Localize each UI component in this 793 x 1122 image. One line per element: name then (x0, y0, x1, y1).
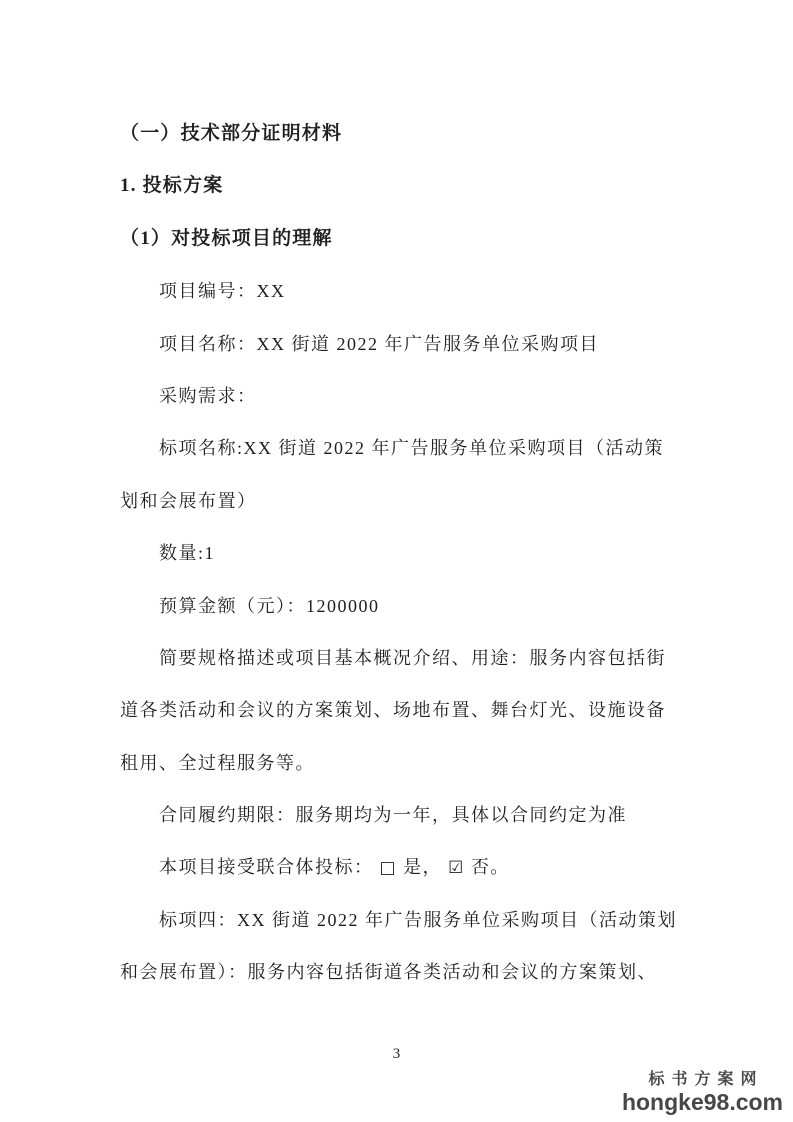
joint-bid-no-label: 否。 (471, 857, 510, 877)
joint-bid-label: 本项目接受联合体投标： (159, 857, 374, 877)
joint-bid-yes-label: 是， (403, 857, 442, 877)
bid-item-name-line: 标项名称:XX 街道 2022 年广告服务单位采购项目（活动策 (120, 422, 700, 474)
bid-item-name-line-continued: 划和会展布置） (120, 475, 700, 527)
checkbox-unchecked-icon: □ (380, 858, 398, 878)
section-heading: （一）技术部分证明材料 (120, 108, 700, 160)
document-page: （一）技术部分证明材料 1. 投标方案 （1）对投标项目的理解 项目编号：XX … (0, 0, 793, 1122)
bid-item-four-line: 标项四：XX 街道 2022 年广告服务单位采购项目（活动策划 (120, 894, 700, 946)
joint-bid-line: 本项目接受联合体投标： □ 是， ☑ 否。 (120, 841, 700, 893)
bid-item-four-line-continued: 和会展布置）：服务内容包括街道各类活动和会议的方案策划、 (120, 946, 700, 998)
quantity-line: 数量:1 (120, 527, 700, 579)
project-number-line: 项目编号：XX (120, 265, 700, 317)
project-name-line: 项目名称：XX 街道 2022 年广告服务单位采购项目 (120, 318, 700, 370)
site-watermark: 标书方案网 hongke98.com (622, 1072, 783, 1114)
watermark-site-name: 标书方案网 (622, 1072, 790, 1088)
budget-amount-line: 预算金额（元）：1200000 (120, 580, 700, 632)
page-number: 3 (0, 1046, 793, 1063)
subsection-heading: 1. 投标方案 (120, 160, 700, 212)
watermark-site-url: hongke98.com (622, 1091, 783, 1114)
procurement-demand-line: 采购需求： (120, 370, 700, 422)
checkbox-checked-icon: ☑ (448, 858, 465, 878)
spec-description-line-1: 简要规格描述或项目基本概况介绍、用途：服务内容包括街 (120, 632, 700, 684)
spec-description-line-3: 租用、全过程服务等。 (120, 737, 700, 789)
contract-term-line: 合同履约期限：服务期均为一年，具体以合同约定为准 (120, 789, 700, 841)
subsubsection-heading: （1）对投标项目的理解 (120, 213, 700, 265)
spec-description-line-2: 道各类活动和会议的方案策划、场地布置、舞台灯光、设施设备 (120, 684, 700, 736)
document-content: （一）技术部分证明材料 1. 投标方案 （1）对投标项目的理解 项目编号：XX … (120, 108, 700, 999)
